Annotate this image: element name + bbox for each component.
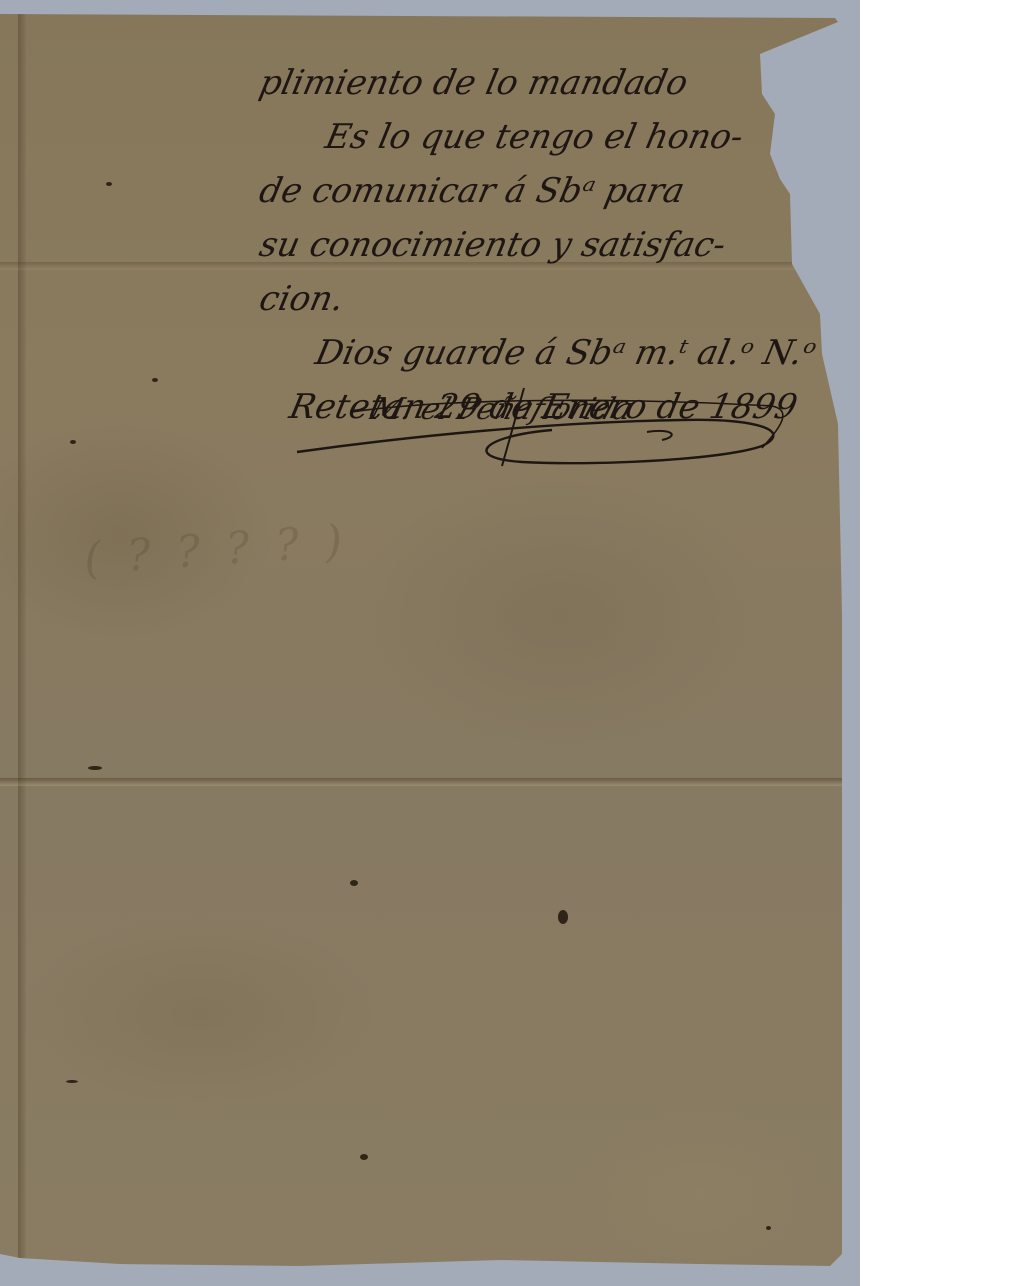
document-page: ( ? ? ? ? ) plimiento de lo mandado Es l…: [0, 14, 842, 1272]
letter-line-3: de comunicar á Sbᵃ para: [252, 174, 823, 228]
ink-speck: [106, 182, 112, 186]
letter-line-2: Es lo que tengo el hono-: [252, 120, 823, 174]
ink-speck: [558, 910, 568, 924]
letter-line-4: su conocimiento y satisfac-: [252, 228, 823, 282]
signature-name: M. el Peñaflorida: [366, 392, 637, 427]
ink-speck: [70, 440, 76, 444]
ink-speck: [350, 880, 358, 886]
bleed-through-text: ( ? ? ? ? ): [82, 495, 657, 773]
ink-speck: [360, 1154, 368, 1160]
letter-line-5: cion.: [252, 282, 823, 336]
horizontal-fold-line-lower: [0, 778, 842, 786]
ink-speck: [152, 378, 158, 382]
signature: M. el Peñaflorida: [292, 386, 792, 476]
closing-salutation: Dios guarde á Sbᵃ m.ᵗ al.ᵒ N.ᵒ S.ᵉ y.: [252, 336, 823, 390]
letter-line-1: plimiento de lo mandado: [252, 66, 823, 120]
scan-background: ( ? ? ? ? ) plimiento de lo mandado Es l…: [0, 0, 860, 1286]
vertical-fold-line: [18, 14, 26, 1272]
ink-speck: [66, 1080, 78, 1083]
ink-speck: [766, 1226, 771, 1230]
